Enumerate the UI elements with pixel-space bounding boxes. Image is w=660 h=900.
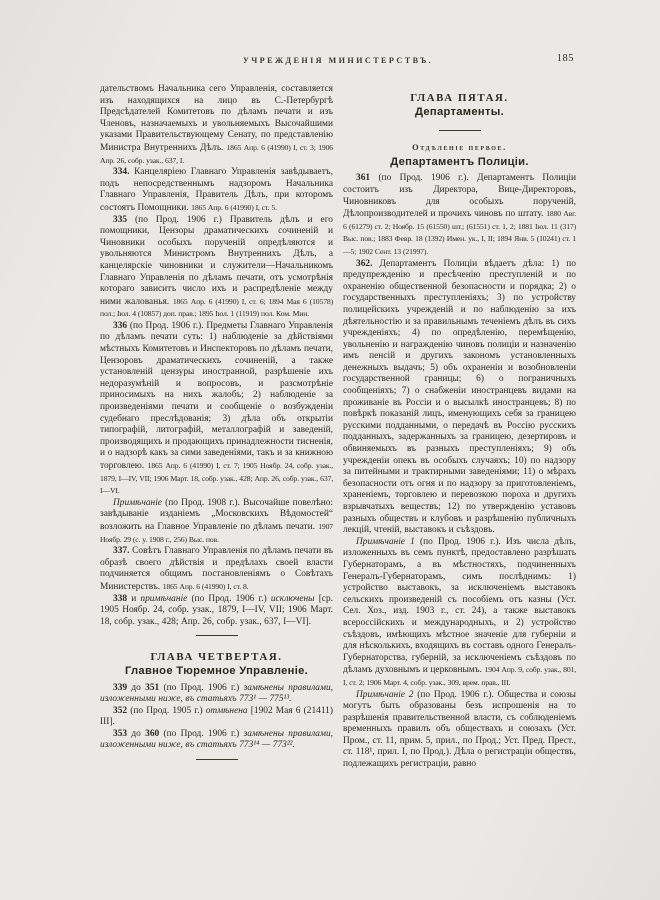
paragraph-continuation: дательствомъ Начальника сего Управленія,… [100, 84, 333, 167]
chapter-subheading: Департаменты. [343, 107, 576, 119]
book-page-scan: УЧРЕЖДЕНІЯ МИНИСТЕРСТВЪ. 185 дательством… [0, 0, 660, 900]
article-338: 338 и примѣчаніе (по Прод. 1906 г.) искл… [100, 594, 333, 629]
section-divider [100, 752, 333, 767]
chapter-subheading: Главное Тюремное Управленіе. [100, 666, 333, 678]
chapter-heading: ГЛАВА ПЯТАЯ. [343, 93, 576, 105]
article-336: 336 (по Прод. 1906 г.). Предметы Главнаг… [100, 321, 333, 498]
article-337: 337. Совѣтъ Главнаго Управленія по дѣлам… [100, 546, 333, 593]
note-paragraph: Примѣчаніе (по Прод. 1908 г.). Высочайше… [100, 498, 333, 546]
article-352: 352 (по Прод. 1905 г.) отмѣнена [1902 Ма… [100, 706, 333, 729]
section-divider [343, 123, 576, 138]
articles-339-351: 339 до 351 (по Прод. 1906 г.) замѣнены п… [100, 683, 333, 706]
section-label: Отдѣленіе первое. [343, 142, 576, 154]
note-2-paragraph: Примѣчаніе 2 (по Прод. 1906 г.). Обществ… [343, 690, 576, 771]
page-header: УЧРЕЖДЕНІЯ МИНИСТЕРСТВЪ. 185 [100, 56, 576, 70]
chapter-heading: ГЛАВА ЧЕТВЕРТАЯ. [100, 652, 333, 664]
article-335: 335 (по Прод. 1906 г.) Правитель дѣлъ и … [100, 215, 333, 321]
text-column-right: ГЛАВА ПЯТАЯ.Департаменты.Отдѣленіе перво… [343, 84, 576, 771]
section-divider [100, 628, 333, 643]
text-column-left: дательствомъ Начальника сего Управленія,… [100, 84, 333, 767]
article-334: 334. Канцеляріею Главнаго Управленія зав… [100, 167, 333, 214]
article-362: 362. Департаментъ Полиціи вѣдаетъ дѣла: … [343, 259, 576, 537]
article-361: 361 (по Прод. 1906 г.). Департаментъ Пол… [343, 173, 576, 258]
page-number: 185 [557, 53, 574, 64]
articles-353-360: 353 до 360 (по Прод. 1906 г.) замѣнены п… [100, 729, 333, 752]
note-1-paragraph: Примѣчаніе 1 (по Прод. 1906 г.). Изъ чис… [343, 537, 576, 690]
running-head: УЧРЕЖДЕНІЯ МИНИСТЕРСТВЪ. [100, 56, 576, 65]
section-subheading: Департаментъ Полиціи. [343, 157, 576, 169]
